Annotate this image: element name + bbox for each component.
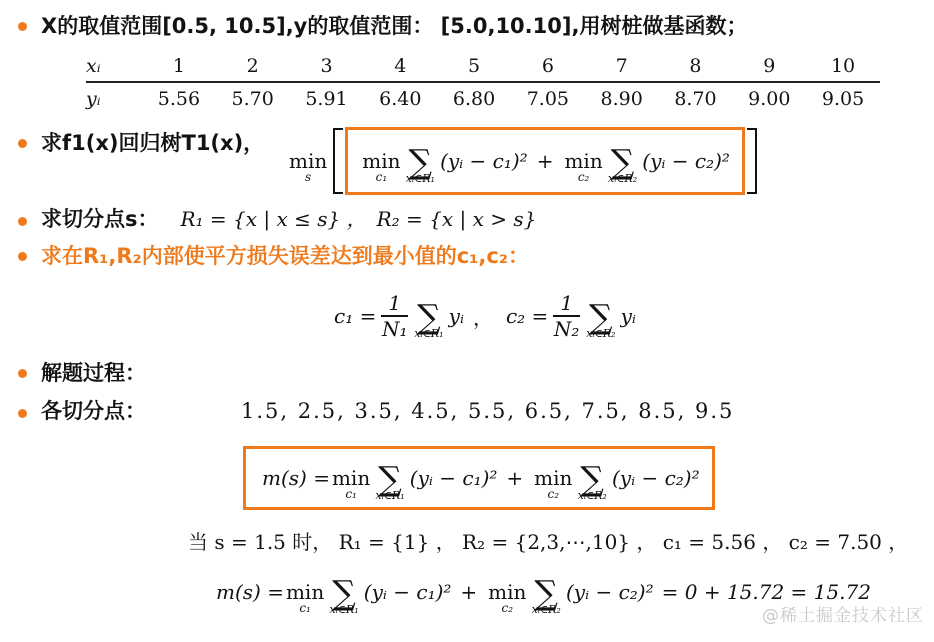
y-label: yᵢ (86, 88, 142, 110)
x-value-cell: 2 (216, 55, 290, 77)
bullet-dot (18, 139, 27, 148)
t1-objective-formula: min s min c₁ ∑ xᵢ∈R₁ (yᵢ − c₁)² + min c (287, 127, 759, 195)
x-row: xᵢ 1 2 3 4 5 6 7 8 9 10 (86, 55, 880, 83)
c2-mean: c₂ = 1 N₂ ∑ xᵢ∈R₂ yᵢ (502, 291, 636, 341)
orange-highlight-box: min c₁ ∑ xᵢ∈R₁ (yᵢ − c₁)² + min c₂ ∑ xᵢ∈… (345, 127, 745, 195)
sum-sigma: ∑ xᵢ∈R₂ (611, 145, 635, 178)
solution-label: 解题过程： (41, 360, 146, 387)
y-value-cell: 5.91 (290, 88, 364, 110)
y-value-cell: 8.70 (659, 88, 733, 110)
range-statement: X的取值范围[0.5, 10.5],y的取值范围： [5.0,10.10],用树… (41, 13, 747, 40)
data-table: xᵢ 1 2 3 4 5 6 7 8 9 10 yᵢ 5.56 5.70 5.9… (86, 55, 880, 110)
sum-sigma: ∑ xᵢ∈R₂ (589, 300, 613, 333)
bullet-regression-tree-line: 求f1(x)回归树T1(x)， (18, 130, 264, 157)
bullet-dot (18, 217, 27, 226)
sum-sigma: ∑ xᵢ∈R₁ (378, 462, 402, 495)
y-value-cell: 5.70 (216, 88, 290, 110)
plus-sign: + (460, 580, 477, 604)
x-label: xᵢ (86, 55, 142, 77)
bullet-solution-line: 解题过程： (18, 360, 146, 387)
sum-sigma: ∑ xᵢ∈R₁ (409, 145, 433, 178)
bullet-min-c-line: 求在R₁,R₂内部使平方损失误差达到最小值的c₁,c₂： (18, 243, 529, 270)
x-value-cell: 4 (363, 55, 437, 77)
bullet-split-candidates-line: 各切分点： 1.5, 2.5, 3.5, 4.5, 5.5, 6.5, 7.5,… (18, 398, 734, 425)
slide: X的取值范围[0.5, 10.5],y的取值范围： [5.0,10.10],用树… (0, 0, 934, 642)
squared-loss-term-r2: min c₂ ∑ xᵢ∈R₂ (yᵢ − c₂)² (532, 462, 699, 495)
fraction: 1 N₁ (381, 291, 408, 341)
watermark: @稀土掘金技术社区 (762, 601, 924, 626)
s-1.5-case-line: 当 s = 1.5 时， R₁ = {1} ， R₂ = {2,3,⋯,10} … (188, 526, 908, 555)
right-bracket (747, 128, 757, 194)
x-value-cell: 1 (142, 55, 216, 77)
split-candidate-values: 1.5, 2.5, 3.5, 4.5, 5.5, 6.5, 7.5, 8.5, … (241, 399, 734, 423)
squared-loss-term-r2: min c₂ ∑ xᵢ∈R₂ (yᵢ − c₂)² (486, 576, 653, 609)
x-value-cell: 7 (585, 55, 659, 77)
squared-loss-term-r1: min c₁ ∑ xᵢ∈R₁ (yᵢ − c₁)² (330, 462, 497, 495)
sum-sigma: ∑ xᵢ∈R₂ (534, 576, 558, 609)
bullet-range-line: X的取值范围[0.5, 10.5],y的取值范围： [5.0,10.10],用树… (18, 13, 747, 40)
c-mean-formula: c₁ = 1 N₁ ∑ xᵢ∈R₁ yᵢ ， c₂ = 1 N₂ ∑ xᵢ∈R₂… (330, 287, 636, 345)
squared-loss-term-r1: min c₁ ∑ xᵢ∈R₁ (yᵢ − c₁)² (284, 576, 451, 609)
bullet-dot (18, 252, 27, 261)
x-value-cell: 9 (732, 55, 806, 77)
sum-sigma: ∑ xᵢ∈R₁ (417, 300, 441, 333)
plus-sign: + (537, 149, 554, 173)
y-value-cell: 9.00 (732, 88, 806, 110)
y-value-cell: 7.05 (511, 88, 585, 110)
y-row: yᵢ 5.56 5.70 5.91 6.40 6.80 7.05 8.90 8.… (86, 83, 880, 110)
left-bracket (333, 128, 343, 194)
x-value-cell: 3 (290, 55, 364, 77)
comma-separator: ， (473, 302, 493, 331)
bullet-split-point-line: 求切分点s： R₁ = {x | x ≤ s} ， R₂ = {x | x > … (18, 203, 536, 233)
squared-loss-term-r1: min c₁ ∑ xᵢ∈R₁ (yᵢ − c₁)² (360, 145, 527, 178)
c1-mean: c₁ = 1 N₁ ∑ xᵢ∈R₁ yᵢ (330, 291, 464, 341)
y-value-cell: 6.80 (437, 88, 511, 110)
y-value-cell: 5.56 (142, 88, 216, 110)
x-value-cell: 8 (659, 55, 733, 77)
ms-formula-box: m(s) = min c₁ ∑ xᵢ∈R₁ (yᵢ − c₁)² + min c… (243, 446, 715, 510)
sum-sigma: ∑ xᵢ∈R₂ (580, 462, 604, 495)
y-value-cell: 9.05 (806, 88, 880, 110)
ms-lhs: m(s) = (216, 580, 284, 604)
squared-loss-term-r2: min c₂ ∑ xᵢ∈R₂ (yᵢ − c₂)² (562, 145, 729, 178)
plus-sign: + (506, 466, 523, 490)
orange-highlight-box: m(s) = min c₁ ∑ xᵢ∈R₁ (yᵢ − c₁)² + min c… (243, 446, 715, 510)
x-value-cell: 10 (806, 55, 880, 77)
bullet-dot (18, 22, 27, 31)
x-value-cell: 5 (437, 55, 511, 77)
y-value-cell: 6.40 (363, 88, 437, 110)
min-c-statement: 求在R₁,R₂内部使平方损失误差达到最小值的c₁,c₂： (41, 243, 529, 270)
regression-tree-statement: 求f1(x)回归树T1(x)， (41, 130, 264, 157)
fraction: 1 N₂ (553, 291, 580, 341)
ms-lhs: m(s) = (262, 466, 330, 490)
sum-sigma: ∑ xᵢ∈R₁ (332, 576, 356, 609)
bullet-dot (18, 409, 27, 418)
x-value-cell: 6 (511, 55, 585, 77)
split-point-label: 求切分点s： (41, 206, 159, 233)
bullet-dot (18, 369, 27, 378)
split-candidates-label: 各切分点： (41, 398, 146, 425)
y-value-cell: 8.90 (585, 88, 659, 110)
region-definitions: R₁ = {x | x ≤ s} ， R₂ = {x | x > s} (181, 203, 537, 232)
min-over-s: min s (289, 149, 327, 173)
